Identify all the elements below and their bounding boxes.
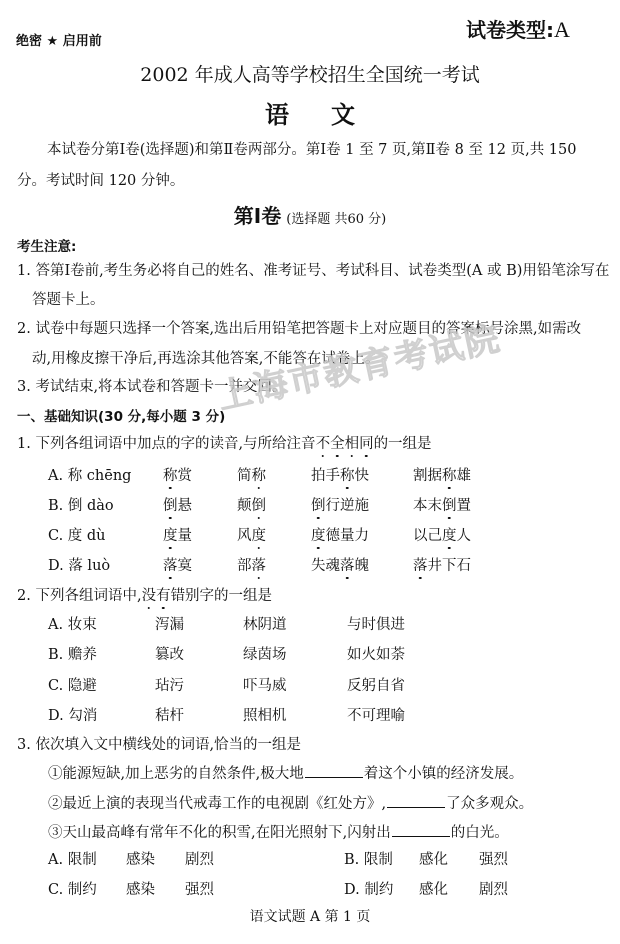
q2-option-c-label: C. 隐避	[48, 677, 97, 695]
q3-option-c-label: C. 制约	[48, 881, 97, 899]
q2-option-d-label: D. 勾消	[48, 707, 97, 725]
notice-item-1-line-2: 答题卡上。	[32, 291, 105, 309]
volume-title: 第Ⅰ卷 (选择题 共60 分)	[0, 200, 620, 229]
q1-c-word-3: 度德量力	[311, 527, 369, 545]
q3-sentence-2: ②最近上演的表现当代戒毒工作的电视剧《红处方》,了众多观众。	[48, 793, 533, 813]
paper-type-value: A	[554, 17, 570, 42]
q1-c-word-4: 以己度人	[413, 527, 471, 545]
q2-c-word-2: 吓马威	[243, 677, 287, 695]
q3-option-d-word-2: 剧烈	[479, 881, 508, 899]
q3-option-b-label: B. 限制	[344, 851, 393, 869]
notice-heading: 考生注意:	[17, 235, 76, 255]
notice-item-3: 3. 考试结束,将本试卷和答题卡一并交回。	[17, 378, 287, 396]
q2-option-a-label: A. 妆束	[48, 616, 97, 634]
exam-title: 2002 年成人高等学校招生全国统一考试	[0, 60, 620, 87]
q1-option-b-label: B. 倒 dào	[48, 497, 114, 515]
q2-option-b-label: B. 赡养	[48, 646, 97, 664]
q1-option-a-label: A. 称 chēng	[48, 467, 131, 485]
q2-b-word-1: 篡改	[155, 646, 184, 664]
q1-a-word-1: 称赏	[163, 467, 192, 485]
q3-option-d-word-1: 感化	[419, 881, 448, 899]
volume-title-sub: (选择题 共60 分)	[286, 212, 386, 227]
q1-a-word-3: 拍手称快	[311, 467, 369, 485]
q3-option-b-word-2: 强烈	[479, 851, 508, 869]
section-1-heading: 一、基础知识(30 分,每小题 3 分)	[17, 405, 225, 425]
notice-item-2-line-1: 2. 试卷中每题只选择一个答案,选出后用铅笔把答题卡上对应题目的答案标号涂黑,如…	[17, 320, 581, 338]
fill-blank-3	[392, 822, 450, 837]
paper-type: 试卷类型:A	[466, 14, 570, 43]
q1-b-word-3: 倒行逆施	[311, 497, 369, 515]
q2-stem: 2. 下列各组词语中,没有错别字的一组是	[17, 587, 272, 605]
q1-a-word-2: 简称	[237, 467, 266, 485]
notice-item-1-line-1: 1. 答第Ⅰ卷前,考生务必将自己的姓名、准考证号、考试科目、试卷类型(A 或 B…	[17, 262, 609, 280]
q2-a-word-2: 林阴道	[243, 616, 287, 634]
q1-c-word-2: 风度	[237, 527, 266, 545]
q2-a-word-3: 与时俱进	[347, 616, 405, 634]
volume-title-main: 第Ⅰ卷	[234, 204, 281, 228]
q2-a-word-1: 泻漏	[155, 616, 184, 634]
q3-stem: 3. 依次填入文中横线处的词语,恰当的一组是	[17, 736, 301, 754]
q2-b-word-3: 如火如荼	[347, 646, 405, 664]
q1-stem: 1. 下列各组词语中加点的字的读音,与所给注音不全相同的一组是	[17, 435, 432, 453]
intro-line-1: 本试卷分第Ⅰ卷(选择题)和第Ⅱ卷两部分。第Ⅰ卷 1 至 7 页,第Ⅱ卷 8 至 …	[47, 141, 576, 159]
q1-a-word-4: 割据称雄	[413, 467, 471, 485]
q2-d-word-2: 照相机	[243, 707, 287, 725]
q3-option-c-word-1: 感染	[126, 881, 155, 899]
q3-option-a-word-1: 感染	[126, 851, 155, 869]
page-footer: 语文试题 A 第 1 页	[0, 906, 620, 926]
q3-option-c-word-2: 强烈	[185, 881, 214, 899]
q1-b-word-1: 倒悬	[163, 497, 192, 515]
q3-option-a-label: A. 限制	[48, 851, 97, 869]
q1-b-word-4: 本末倒置	[413, 497, 471, 515]
notice-item-2-line-2: 动,用橡皮擦干净后,再选涂其他答案,不能答在试卷上。	[32, 350, 379, 368]
q1-d-word-2: 部落	[237, 557, 266, 575]
fill-blank-2	[387, 793, 445, 808]
q2-d-word-1: 秸杆	[155, 707, 184, 725]
q2-d-word-3: 不可理喻	[347, 707, 405, 725]
q2-b-word-2: 绿茵场	[243, 646, 287, 664]
q3-option-a-word-2: 剧烈	[185, 851, 214, 869]
q1-b-word-2: 颠倒	[237, 497, 266, 515]
q2-c-word-3: 反躬自省	[347, 677, 405, 695]
confidential-label: 绝密 ★ 启用前	[16, 30, 102, 49]
q1-option-c-label: C. 度 dù	[48, 527, 106, 545]
intro-line-2: 分。考试时间 120 分钟。	[17, 172, 184, 190]
fill-blank-1	[305, 763, 363, 778]
q1-option-d-label: D. 落 luò	[48, 557, 110, 575]
q3-option-d-label: D. 制约	[344, 881, 393, 899]
q2-c-word-1: 玷污	[155, 677, 184, 695]
q1-d-word-4: 落井下石	[413, 557, 471, 575]
q1-d-word-1: 落寞	[163, 557, 192, 575]
q1-c-word-1: 度量	[163, 527, 192, 545]
q3-option-b-word-1: 感化	[419, 851, 448, 869]
paper-type-label: 试卷类型:	[466, 18, 554, 42]
q1-d-word-3: 失魂落魄	[311, 557, 369, 575]
subject-title: 语文	[0, 95, 620, 130]
q3-sentence-3: ③天山最高峰有常年不化的积雪,在阳光照射下,闪射出的白光。	[48, 822, 509, 842]
q3-sentence-1: ①能源短缺,加上恶劣的自然条件,极大地着这个小镇的经济发展。	[48, 763, 523, 783]
